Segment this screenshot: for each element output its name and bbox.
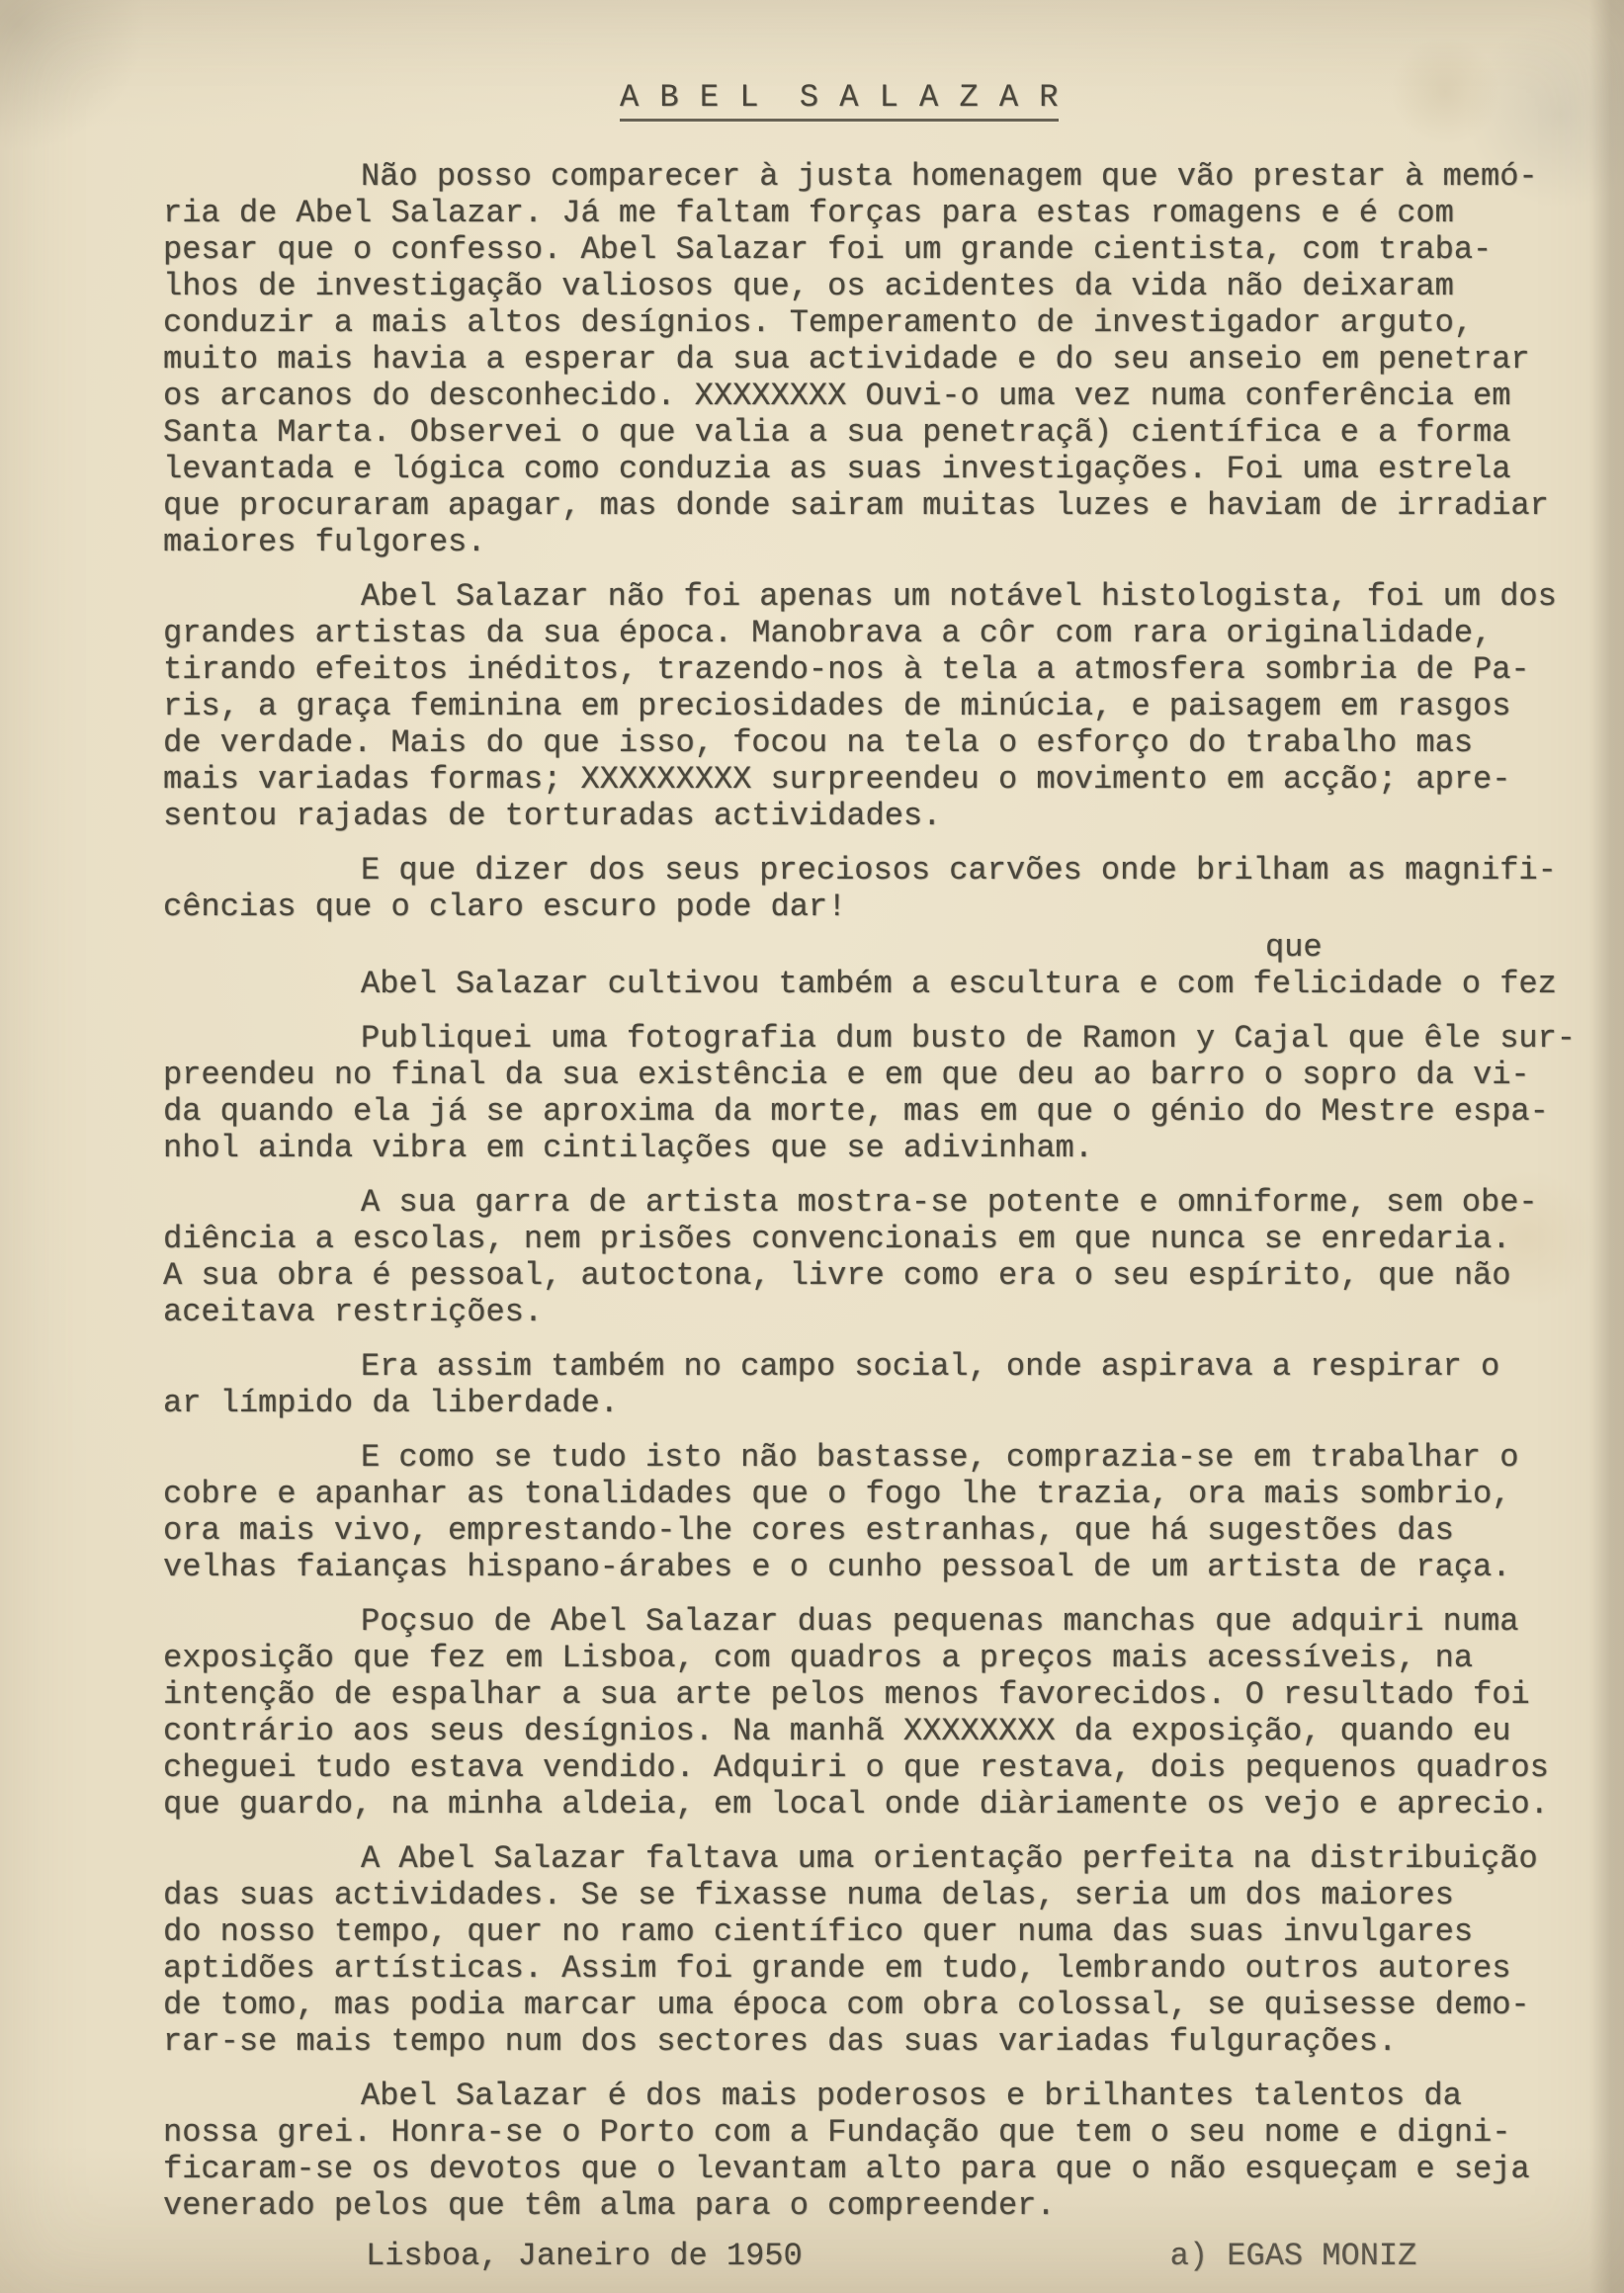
dateline: Lisboa, Janeiro de 1950 — [366, 2238, 803, 2274]
paragraph: Era assim também no campo social, onde a… — [163, 1348, 1624, 1421]
text-line: ficaram-se os devotos que o levantam alt… — [163, 2151, 1624, 2187]
text-line: Publiquei uma fotografia dum busto de Ra… — [163, 1020, 1624, 1057]
text-line: levantada e lógica como conduzia as suas… — [163, 451, 1624, 487]
paragraph: E que dizer dos seus preciosos carvões o… — [163, 852, 1624, 925]
text-line: A sua obra é pessoal, autoctona, livre c… — [163, 1257, 1624, 1294]
text-line: cências que o claro escuro pode dar! — [163, 889, 1624, 925]
text-line: sentou rajadas de torturadas actividades… — [163, 798, 1624, 834]
text-line: maiores fulgores. — [163, 524, 1624, 560]
text-line: que guardo, na minha aldeia, em local on… — [163, 1786, 1624, 1823]
text-line: diência a escolas, nem prisões convencio… — [163, 1221, 1624, 1257]
text-line: tirando efeitos inéditos, trazendo-nos à… — [163, 651, 1624, 688]
text-line: muito mais havia a esperar da sua activi… — [163, 341, 1624, 378]
text-line: pesar que o confesso. Abel Salazar foi u… — [163, 231, 1624, 268]
text-line: aceitava restrições. — [163, 1294, 1624, 1330]
text-line: do nosso tempo, quer no ramo científico … — [163, 1913, 1624, 1950]
paragraph: Poçsuo de Abel Salazar duas pequenas man… — [163, 1603, 1624, 1823]
text-line: Abel Salazar cultivou também a escultura… — [163, 966, 1624, 1002]
paragraph: Abel Salazar cultivou também a escultura… — [163, 966, 1624, 1002]
footer-row: Lisboa, Janeiro de 1950 a) EGAS MONIZ — [163, 2238, 1624, 2274]
paragraph: E como se tudo isto não bastasse, compra… — [163, 1439, 1624, 1585]
text-line: de tomo, mas podia marcar uma época com … — [163, 1987, 1624, 2023]
text-line: cobre e apanhar as tonalidades que o fog… — [163, 1476, 1624, 1512]
text-line: Poçsuo de Abel Salazar duas pequenas man… — [163, 1603, 1624, 1640]
typewritten-letter-page: A B E L S A L A Z A R Não posso comparec… — [0, 0, 1624, 2293]
text-line: ris, a graça feminina em preciosidades d… — [163, 688, 1624, 724]
paragraph: Abel Salazar não foi apenas um notável h… — [163, 578, 1624, 834]
text-line: A Abel Salazar faltava uma orientação pe… — [163, 1840, 1624, 1877]
text-line: grandes artistas da sua época. Manobrava… — [163, 615, 1624, 651]
text-line: os arcanos do desconhecido. XXXXXXXX Ouv… — [163, 378, 1624, 414]
text-line: Era assim também no campo social, onde a… — [163, 1348, 1624, 1385]
text-line: nhol ainda vibra em cintilações que se a… — [163, 1130, 1624, 1166]
inserted-word: que — [1265, 929, 1624, 966]
text-line: que procuraram apagar, mas donde sairam … — [163, 487, 1624, 524]
text-line: ar límpido da liberdade. — [163, 1385, 1624, 1421]
text-line: das suas actividades. Se se fixasse numa… — [163, 1877, 1624, 1913]
paragraph: Publiquei uma fotografia dum busto de Ra… — [163, 1020, 1624, 1166]
text-line: da quando ela já se aproxima da morte, m… — [163, 1093, 1624, 1130]
text-line: Abel Salazar é dos mais poderosos e bril… — [163, 2078, 1624, 2114]
text-line: ora mais vivo, emprestando-lhe cores est… — [163, 1512, 1624, 1549]
text-line: venerado pelos que têm alma para o compr… — [163, 2187, 1624, 2224]
text-line: Santa Marta. Observei o que valia a sua … — [163, 414, 1624, 451]
text-line: rar-se mais tempo num dos sectores das s… — [163, 2023, 1624, 2060]
text-line: intenção de espalhar a sua arte pelos me… — [163, 1676, 1624, 1713]
text-line: exposição que fez em Lisboa, com quadros… — [163, 1640, 1624, 1676]
text-line: mais variadas formas; XXXXXXXXX surpreen… — [163, 761, 1624, 798]
text-line: E como se tudo isto não bastasse, compra… — [163, 1439, 1624, 1476]
text-line: cheguei tudo estava vendido. Adquiri o q… — [163, 1749, 1624, 1786]
text-line: Abel Salazar não foi apenas um notável h… — [163, 578, 1624, 615]
signature: a) EGAS MONIZ — [1170, 2238, 1417, 2274]
text-line: A sua garra de artista mostra-se potente… — [163, 1184, 1624, 1221]
text-line: conduzir a mais altos desígnios. Tempera… — [163, 304, 1624, 341]
document-title: A B E L S A L A Z A R — [620, 79, 1059, 122]
text-line: E que dizer dos seus preciosos carvões o… — [163, 852, 1624, 889]
text-line: nossa grei. Honra-se o Porto com a Funda… — [163, 2114, 1624, 2151]
paragraph: A Abel Salazar faltava uma orientação pe… — [163, 1840, 1624, 2060]
paragraph: A sua garra de artista mostra-se potente… — [163, 1184, 1624, 1330]
text-line: ria de Abel Salazar. Já me faltam forças… — [163, 195, 1624, 231]
text-line: Não posso comparecer à justa homenagem q… — [163, 158, 1624, 195]
text-line: de verdade. Mais do que isso, focou na t… — [163, 724, 1624, 761]
paragraph: Não posso comparecer à justa homenagem q… — [163, 158, 1624, 560]
text-line: aptidões artísticas. Assim foi grande em… — [163, 1950, 1624, 1987]
text-line: preendeu no final da sua existência e em… — [163, 1057, 1624, 1093]
paragraph: Abel Salazar é dos mais poderosos e bril… — [163, 2078, 1624, 2224]
title-row: A B E L S A L A Z A R — [163, 0, 1624, 122]
text-line: contrário aos seus desígnios. Na manhã X… — [163, 1713, 1624, 1749]
text-line: velhas faianças hispano-árabes e o cunho… — [163, 1549, 1624, 1585]
text-line: lhos de investigação valiosos que, os ac… — [163, 268, 1624, 304]
